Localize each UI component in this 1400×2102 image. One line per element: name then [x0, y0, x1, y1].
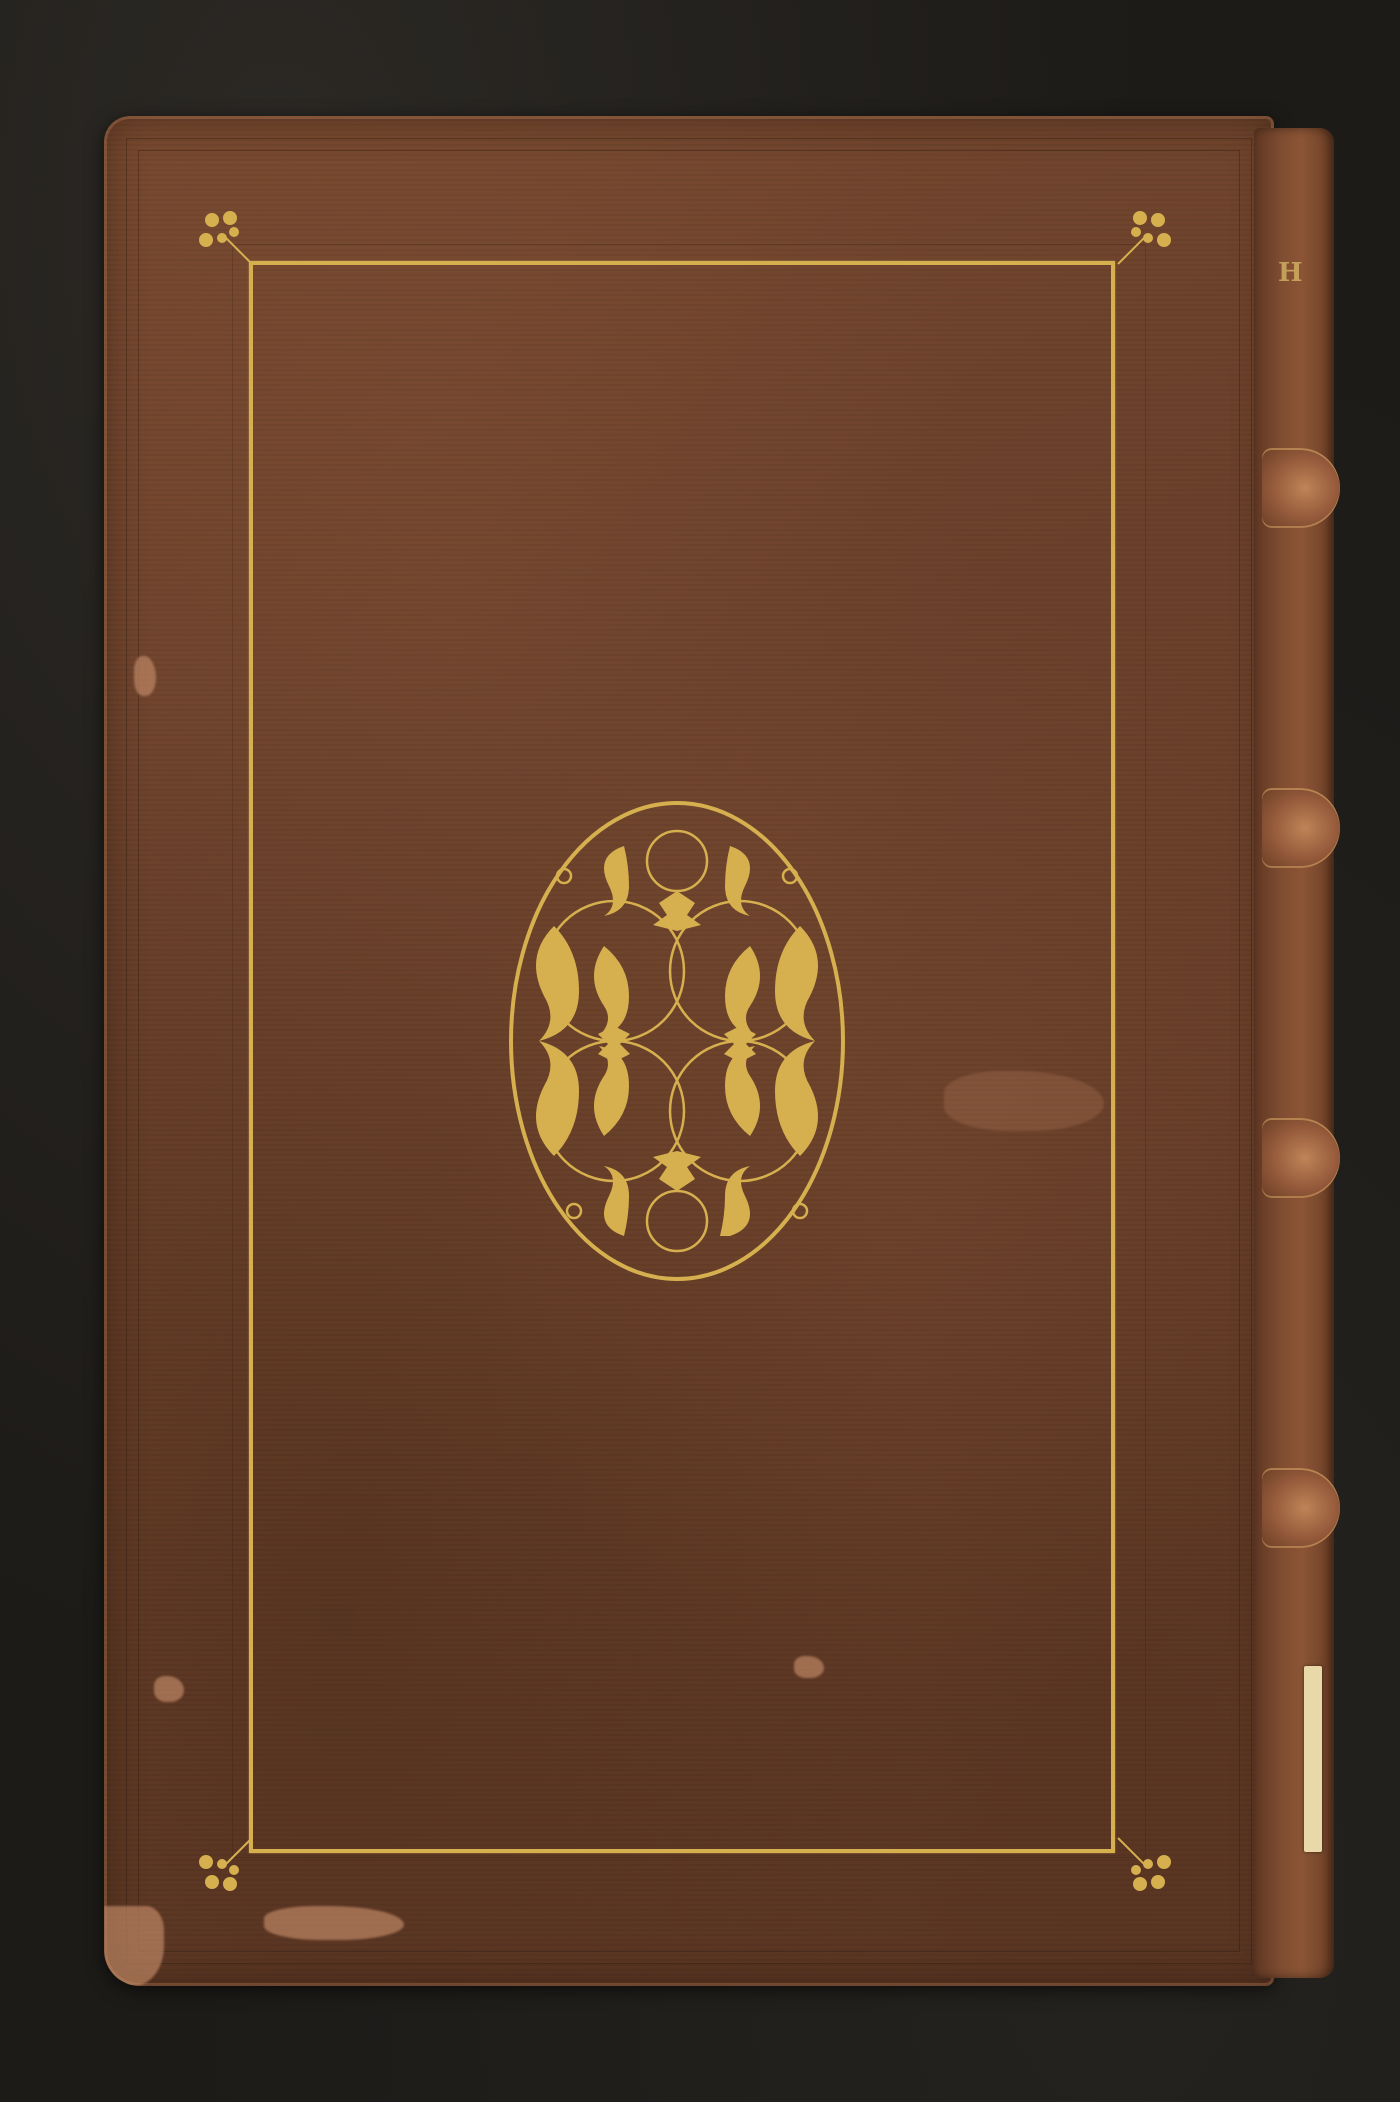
- raised-band: [1262, 788, 1340, 868]
- spine-paper-label: [1304, 1666, 1322, 1852]
- spine-lettering: H: [1278, 258, 1303, 288]
- wear-mark: [134, 656, 156, 696]
- wear-mark: [104, 1906, 164, 1986]
- fleuron-icon: [194, 1836, 254, 1896]
- raised-band: [1262, 1118, 1340, 1198]
- spine: H: [1254, 128, 1334, 1978]
- fleuron-icon: [194, 206, 254, 266]
- wear-mark: [264, 1906, 404, 1940]
- rear-board: [104, 116, 1274, 1986]
- fleuron-icon: [1116, 206, 1176, 266]
- wear-mark: [154, 1676, 184, 1702]
- book: H: [104, 116, 1334, 1986]
- oval-medallion-icon: [504, 796, 850, 1286]
- raised-band: [1262, 1468, 1340, 1548]
- fleuron-icon: [1116, 1836, 1176, 1896]
- raised-band: [1262, 448, 1340, 528]
